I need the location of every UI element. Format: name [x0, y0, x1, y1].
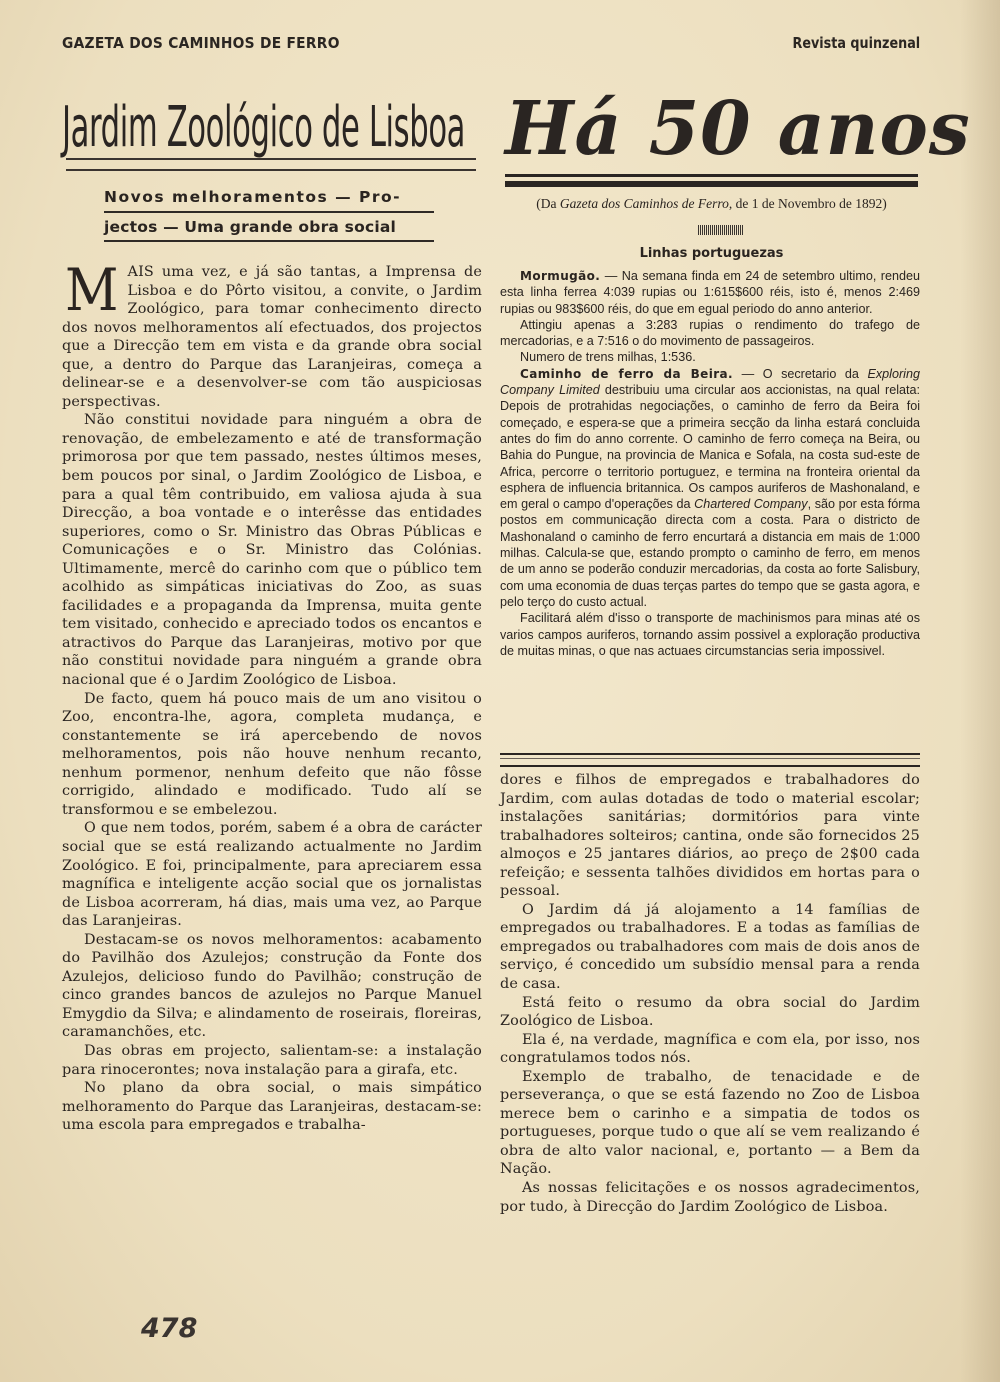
title-rule-thin	[505, 174, 918, 177]
news-item-text: Attingiu apenas a 3:283 rupias o rendime…	[500, 318, 920, 348]
body-paragraph: De facto, quem há pouco mais de um ano v…	[62, 690, 482, 820]
body-paragraph: Ela é, na verdade, magnífica e com ela, …	[500, 1031, 920, 1068]
news-item-text: Numero de trens milhas, 1:536.	[520, 350, 696, 364]
body-paragraph: Das obras em projecto, salientam-se: a i…	[62, 1042, 482, 1079]
body-paragraph: Está feito o resumo da obra social do Ja…	[500, 994, 920, 1031]
page-edge-shadow	[960, 0, 1000, 1382]
article-title-zoo: Jardim Zoológico de Lisboa	[62, 90, 373, 163]
news-item: Caminho de ferro da Beira. — O secretari…	[500, 366, 920, 610]
body-paragraph: Destacam-se os novos melhoramentos: acab…	[62, 931, 482, 1042]
body-paragraph: O Jardim dá já alojamento a 14 famílias …	[500, 901, 920, 994]
old-news-block: Mormugão. — Na semana finda em 24 de set…	[500, 268, 920, 659]
news-item-text: , são por esta fórma postos em communica…	[500, 497, 920, 609]
body-paragraph: MAIS uma vez, e já são tantas, a Imprens…	[62, 263, 482, 411]
body-paragraph: Exemplo de trabalho, de tenacidade e de …	[500, 1068, 920, 1179]
news-item: Facilitará além d'isso o transporte de m…	[500, 610, 920, 659]
title-double-rule	[66, 158, 476, 171]
subtitle-rule	[104, 211, 434, 213]
news-item: Mormugão. — Na semana finda em 24 de set…	[500, 268, 920, 317]
source-citation: (Da Gazeta dos Caminhos de Ferro, de 1 d…	[505, 196, 918, 212]
news-item-text: Facilitará além d'isso o transporte de m…	[500, 611, 920, 658]
source-suffix: , de 1 de Novembro de 1892)	[729, 196, 887, 211]
column-separator-rule	[500, 753, 920, 767]
news-item-italic: Chartered Company	[694, 497, 808, 511]
source-publication: Gazeta dos Caminhos de Ferro	[560, 196, 729, 211]
source-prefix: (Da	[536, 196, 560, 211]
page-number: 478	[141, 1313, 197, 1344]
article-body-left: MAIS uma vez, e já são tantas, a Imprens…	[62, 263, 482, 1135]
article-subtitle-line2: jectos — Uma grande obra social	[104, 218, 434, 236]
body-paragraph: dores e filhos de empregados e trabalhad…	[500, 771, 920, 901]
article-title-50-years: Há 50 anos	[505, 86, 971, 172]
subtitle-rule	[104, 240, 434, 242]
news-item-text: destribuiu uma circular aos accionistas,…	[500, 383, 920, 511]
news-item: Attingiu apenas a 3:283 rupias o rendime…	[500, 317, 920, 350]
article-subtitle-line1: Novos melhoramentos — Pro-	[104, 188, 434, 206]
running-head-publication: GAZETA DOS CAMINHOS DE FERRO	[62, 34, 340, 52]
running-head-frequency: Revista quinzenal	[792, 34, 920, 52]
body-paragraph: Não constitui novidade para ninguém a ob…	[62, 411, 482, 689]
news-item-lead: Caminho de ferro da Beira.	[520, 367, 733, 381]
article-body-continuation: dores e filhos de empregados e trabalhad…	[500, 771, 920, 1216]
section-heading: Linhas portuguezas	[505, 246, 918, 261]
ornament-divider	[698, 225, 744, 235]
paragraph-text: AIS uma vez, e já são tantas, a Imprensa…	[62, 264, 482, 410]
title-rule-thick	[505, 181, 918, 187]
body-paragraph: As nossas felicitações e os nossos agrad…	[500, 1179, 920, 1216]
drop-cap: M	[65, 267, 119, 313]
news-item: Numero de trens milhas, 1:536.	[500, 349, 920, 365]
body-paragraph: No plano da obra social, o mais simpátic…	[62, 1079, 482, 1135]
body-paragraph: O que nem todos, porém, sabem é a obra d…	[62, 819, 482, 930]
news-item-text: — O secretario da	[733, 367, 867, 381]
news-item-lead: Mormugão.	[520, 269, 600, 283]
